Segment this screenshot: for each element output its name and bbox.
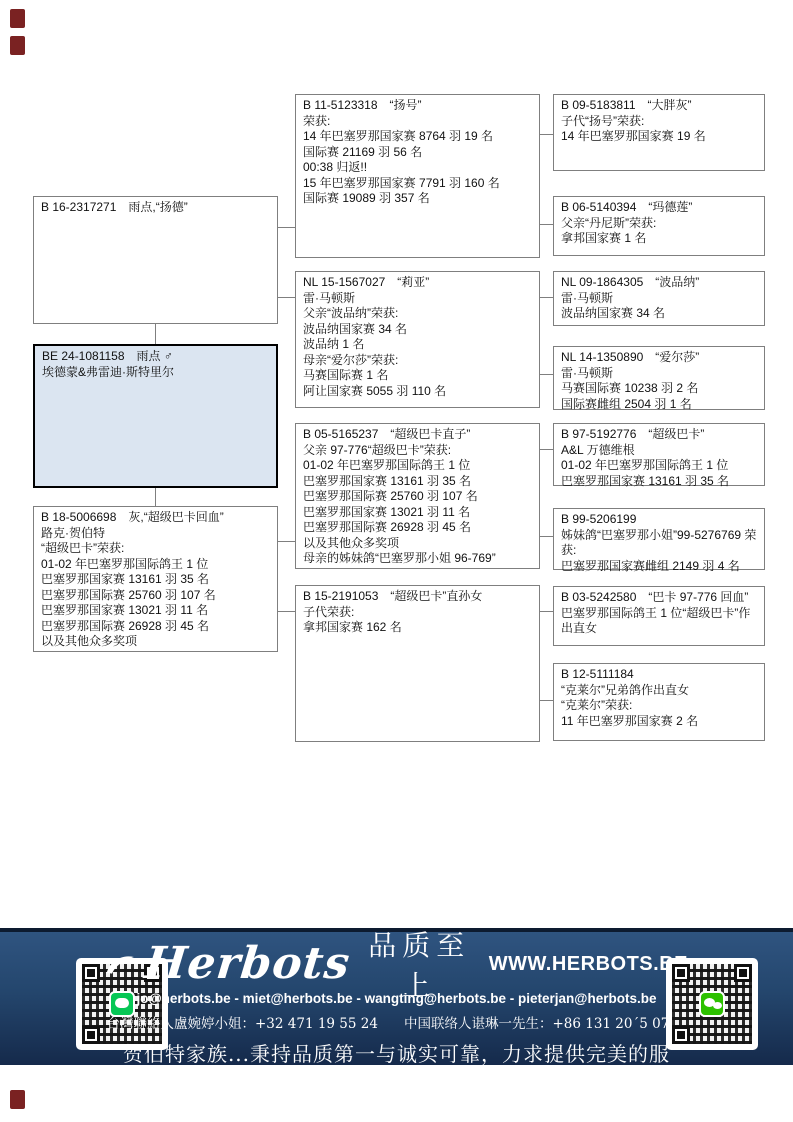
pedigree-line: 马赛国际赛 10238 羽 2 名 [561,381,757,397]
qr-pattern [672,964,752,1044]
contact-china: 中国联络人谌琳一先生：+86 131 20´5 0755 [404,1016,687,1032]
pedigree-line: 波品纳国家赛 34 名 [561,306,757,322]
pedigree-page: B 16-2317271 雨点,“扬德” BE 24-1081158 雨点 ♂ … [0,0,793,1122]
qr-finder [672,1026,690,1044]
pedigree-line: 以及其他众多奖项 [41,634,270,650]
qr-finder [82,964,100,982]
pedigree-line: 巴塞罗那国际鸽王 1 位“超级巴卡”作出直女 [561,606,757,637]
connector-line [540,611,553,612]
box-mother: B 18-5006698 灰,“超级巴卡回血” 路克·贺伯特 “超级巴卡”荣获:… [33,506,278,652]
footer-content: Herbots 品质至上 WWW.HERBOTS.BE jo@herbots.b… [105,940,688,1096]
brand-row: Herbots 品质至上 WWW.HERBOTS.BE [105,940,688,988]
pedigree-line: B 15-2191053 “超级巴卡”直孙女 [303,589,532,605]
pedigree-line: 01-02 年巴塞罗那国际鸽王 1 位 [561,458,757,474]
pedigree-line: 波品纳 1 名 [303,337,532,353]
pedigree-line: 巴塞罗那国家赛 13161 羽 35 名 [303,474,532,490]
pedigree-line: 子代“扬号”荣获: [561,114,757,130]
box-great-grandparent-7: B 03-5242580 “巴卡 97-776 回血” 巴塞罗那国际鸽王 1 位… [553,586,765,646]
wechat-qr-code [666,958,758,1050]
pedigree-line: 母亲的姊妹鸽“巴塞罗那小姐 96-769” [303,551,532,567]
pedigree-line: B 16-2317271 雨点,“扬德” [41,200,270,216]
connector-line [540,700,553,701]
box-maternal-grandmother: B 15-2191053 “超级巴卡”直孙女 子代荣获: 拿邦国家赛 162 名 [295,585,540,742]
pedigree-line: 父亲“丹尼斯”荣获: [561,216,757,232]
pedigree-line: 国际赛 19089 羽 357 名 [303,191,532,207]
pedigree-line: 巴塞罗那国家赛雌组 2149 羽 4 名 [561,559,757,575]
pedigree-line: “克莱尔”兄弟鸽作出直女 [561,683,757,699]
pedigree-line: 雷·马顿斯 [561,291,757,307]
pedigree-line: 埃德蒙&弗雷迪·斯特里尔 [42,365,269,381]
box-great-grandparent-5: B 97-5192776 “超级巴卡” A&L 万德维根 01-02 年巴塞罗那… [553,423,765,486]
pedigree-line: 巴塞罗那国家赛 13021 羽 11 名 [303,505,532,521]
pedigree-line: 雷·马顿斯 [561,366,757,382]
pedigree-line: BE 24-1081158 雨点 ♂ [42,349,269,365]
pedigree-line: 姊妹鸽“巴塞罗那小姐”99-5276769 荣获: [561,528,757,559]
pedigree-line: B 06-5140394 “玛德莲” [561,200,757,216]
qr-finder [734,964,752,982]
connector-line [278,297,295,298]
pedigree-line: B 99-5206199 [561,512,757,528]
pedigree-line: 父亲 97-776“超级巴卡”荣获: [303,443,532,459]
pedigree-line: “超级巴卡”荣获: [41,541,270,557]
pedigree-line: B 11-5123318 “扬号” [303,98,532,114]
box-great-grandparent-6: B 99-5206199 姊妹鸽“巴塞罗那小姐”99-5276769 荣获: 巴… [553,508,765,570]
box-great-grandparent-1: B 09-5183811 “大胖灰” 子代“扬号”荣获: 14 年巴塞罗那国家赛… [553,94,765,171]
footer: Herbots 品质至上 WWW.HERBOTS.BE jo@herbots.b… [0,928,793,1065]
pedigree-line: 巴塞罗那国家赛 13021 羽 11 名 [41,603,270,619]
pedigree-line: B 05-5165237 “超级巴卡直子” [303,427,532,443]
pedigree-line: 荣获: [303,114,532,130]
box-paternal-grandmother: NL 15-1567027 “莉亚” 雷·马顿斯 父亲“波品纳”荣获: 波品纳国… [295,271,540,408]
pedigree-line: 14 年巴塞罗那国家赛 8764 羽 19 名 [303,129,532,145]
pedigree-line: B 12-5111184 [561,667,757,683]
box-great-grandparent-2: B 06-5140394 “玛德莲” 父亲“丹尼斯”荣获: 拿邦国家赛 1 名 [553,196,765,256]
connector-line [540,134,553,135]
pedigree-line: 01-02 年巴塞罗那国际鸽王 1 位 [41,557,270,573]
pedigree-line: 巴塞罗那国家赛 13161 羽 35 名 [561,474,757,490]
connector-line [540,374,553,375]
connector-line [278,541,295,542]
pedigree-line: B 97-5192776 “超级巴卡” [561,427,757,443]
pedigree-line: 国际赛 21169 羽 56 名 [303,145,532,161]
pedigree-line: B 18-5006698 灰,“超级巴卡回血” [41,510,270,526]
contact-taiwan: 台灣聯絡人盧婉婷小姐：+32 471 19 55 24 [107,1016,378,1032]
website-link[interactable]: WWW.HERBOTS.BE [489,953,688,976]
pedigree-line: “克莱尔”荣获: [561,698,757,714]
qr-finder [82,1026,100,1044]
pedigree-line: A&L 万德维根 [561,443,757,459]
pedigree-line: 巴塞罗那国际赛 25760 羽 107 名 [41,588,270,604]
connector-line [540,449,553,450]
connector-line [540,224,553,225]
pedigree-line: 01-02 年巴塞罗那国际鸽王 1 位 [303,458,532,474]
image-placeholder-icon [10,9,25,28]
wing-icon [105,952,135,976]
pedigree-line: 11 年巴塞罗那国家赛 2 名 [561,714,757,730]
pedigree-line: 母亲“爱尔莎”荣获: [303,353,532,369]
box-great-grandparent-4: NL 14-1350890 “爱尔莎” 雷·马顿斯 马赛国际赛 10238 羽 … [553,346,765,410]
connector-line [155,324,156,344]
pedigree-line: 14 年巴塞罗那国家赛 19 名 [561,129,757,145]
pedigree-line: 拿邦国家赛 1 名 [561,231,757,247]
connector-line [278,227,295,228]
box-great-grandparent-8: B 12-5111184 “克莱尔”兄弟鸽作出直女 “克莱尔”荣获: 11 年巴… [553,663,765,741]
pedigree-line: 巴塞罗那国际赛 26928 羽 45 名 [41,619,270,635]
pedigree-line: NL 09-1864305 “波品纳” [561,275,757,291]
pedigree-line: 父亲“波品纳”荣获: [303,306,532,322]
pedigree-line: 路克·贺伯特 [41,526,270,542]
box-great-grandparent-3: NL 09-1864305 “波品纳” 雷·马顿斯 波品纳国家赛 34 名 [553,271,765,326]
contact-line: 台灣聯絡人盧婉婷小姐：+32 471 19 55 24中国联络人谌琳一先生：+8… [105,1012,688,1032]
connector-line [155,488,156,506]
pedigree-line: 雷·马顿斯 [303,291,532,307]
email-links[interactable]: jo@herbots.be - miet@herbots.be - wangti… [105,991,688,1006]
pedigree-line: B 09-5183811 “大胖灰” [561,98,757,114]
connector-line [540,536,553,537]
pedigree-line: NL 14-1350890 “爱尔莎” [561,350,757,366]
box-father: B 16-2317271 雨点,“扬德” [33,196,278,324]
pedigree-line: 国际赛雌组 2504 羽 1 名 [561,397,757,413]
pedigree-line: 巴塞罗那国际赛 26928 羽 45 名 [303,520,532,536]
pedigree-line: 巴塞罗那国家赛 13161 羽 35 名 [41,572,270,588]
pedigree-line: 以及其他众多奖项 [303,536,532,552]
pedigree-line: 马赛国际赛 1 名 [303,368,532,384]
slogan-text: 贺伯特家族...秉持品质第一与诚实可靠，力求提供完美的服务！ [105,1038,688,1096]
image-placeholder-icon [10,1090,25,1109]
connector-line [540,297,553,298]
brand-logo: Herbots [142,942,352,986]
pedigree-line: 子代荣获: [303,605,532,621]
box-paternal-grandfather: B 11-5123318 “扬号” 荣获: 14 年巴塞罗那国家赛 8764 羽… [295,94,540,258]
pedigree-line: NL 15-1567027 “莉亚” [303,275,532,291]
pedigree-line: 00:38 归返!! [303,160,532,176]
box-maternal-grandfather: B 05-5165237 “超级巴卡直子” 父亲 97-776“超级巴卡”荣获:… [295,423,540,569]
box-subject: BE 24-1081158 雨点 ♂ 埃德蒙&弗雷迪·斯特里尔 [33,344,278,488]
qr-finder [672,964,690,982]
image-placeholder-icon [10,36,25,55]
pedigree-line: B 03-5242580 “巴卡 97-776 回血” [561,590,757,606]
connector-line [278,611,295,612]
pedigree-line: 拿邦国家赛 162 名 [303,620,532,636]
pedigree-line: 15 年巴塞罗那国家赛 7791 羽 160 名 [303,176,532,192]
pedigree-line: 巴塞罗那国际赛 25760 羽 107 名 [303,489,532,505]
pedigree-line: 阿让国家赛 5055 羽 110 名 [303,384,532,400]
wechat-icon [699,991,725,1017]
pedigree-line: 波品纳国家赛 34 名 [303,322,532,338]
